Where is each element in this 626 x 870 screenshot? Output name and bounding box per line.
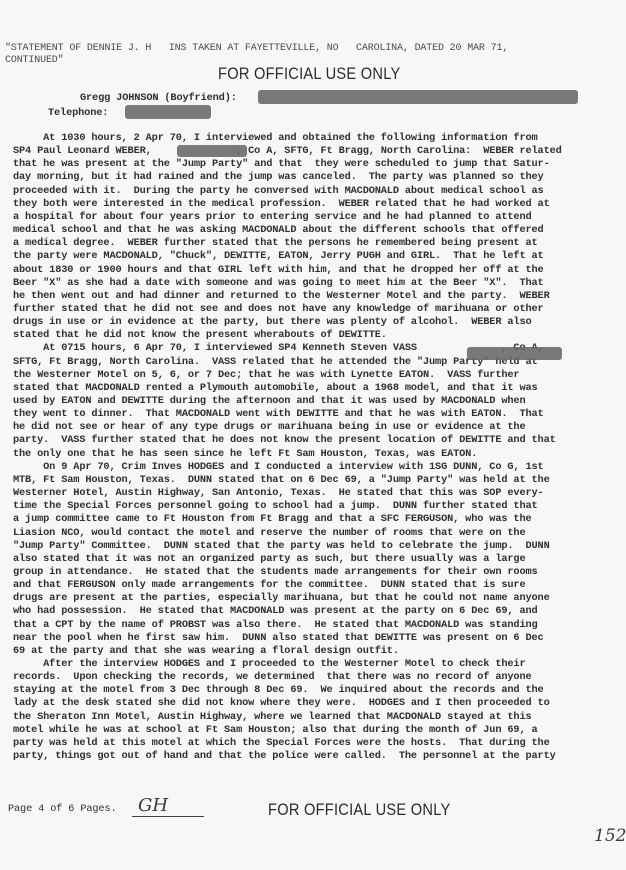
handwritten-page-number: 152 [594,826,626,846]
body-text-line: drugs in use or in evidence at the party… [13,316,532,329]
body-text-line: they went to dinner. That MACDONALD went… [13,408,544,421]
document-page: "STATEMENT OF DENNIE J. H INS TAKEN AT F… [0,0,626,870]
body-text-line: the Sheraton Inn Motel, Austin Highway, … [13,711,532,724]
body-text-line: a hospital for about four years prior to… [13,211,532,224]
body-text-line: party. VASS further stated that he does … [13,434,556,447]
body-text-line: used by EATON and DEWITTE during the aft… [13,395,525,408]
body-text-line: SP4 Paul Leonard WEBER, , Co A, SFTG, Ft… [13,145,562,158]
handwritten-initials: GH [138,795,168,816]
body-text-line: medical school and that he was asking MA… [13,224,544,237]
body-text-line: they both were interested in the medical… [13,198,550,211]
body-text-line: party, things got out of hand and that t… [13,750,556,763]
body-text-line: he then went out and had dinner and retu… [13,290,550,303]
body-text-line: further stated that he did not see and d… [13,303,544,316]
body-text-line: motel while he was at school at Ft Sam H… [13,724,538,737]
body-text-line: Liasion NCO, would contact the motel and… [13,527,525,540]
redaction-vass-ssn [467,347,562,360]
body-text-line: stated that MACDONALD rented a Plymouth … [13,382,538,395]
body-text-line: near the pool when he first saw him. DUN… [13,632,544,645]
body-text-line: who had possession. He stated that MACDO… [13,605,538,618]
classification-stamp-bottom: FOR OFFICIAL USE ONLY [268,800,451,820]
body-text-line: also stated that it was not an organized… [13,553,525,566]
body-text-line: about 1830 or 1900 hours and that GIRL l… [13,264,544,277]
body-text-line: At 0715 hours, 6 Apr 70, I interviewed S… [13,342,544,355]
body-text-line: proceeded with it. During the party he c… [13,185,544,198]
body-text-line: Westerner Hotel, Austin Highway, San Ant… [13,487,544,500]
boyfriend-name-label: Gregg JOHNSON (Boyfriend): [80,92,237,105]
page-count: Page 4 of 6 Pages. [8,803,117,816]
body-text-line: day morning, but it had rained and the j… [13,171,544,184]
body-text-line: a medical degree. WEBER further stated t… [13,237,538,250]
body-text-line: records. Upon checking the records, we d… [13,671,532,684]
body-text-line: MTB, Ft Sam Houston, Texas. DUNN stated … [13,474,550,487]
redaction-address [258,90,578,104]
body-text-line: group in attendance. He stated that the … [13,566,538,579]
body-text-line: staying at the motel from 3 Dec through … [13,684,544,697]
body-text-line: After the interview HODGES and I proceed… [13,658,525,671]
redaction-telephone [125,105,211,119]
body-text-line: At 1030 hours, 2 Apr 70, I interviewed a… [13,132,538,145]
body-text-line: the only one that he has seen since he l… [13,448,477,461]
statement-header-line-2: CONTINUED" [5,54,64,67]
body-text-line: time the Special Forces personnel going … [13,500,538,513]
telephone-label: Telephone: [48,107,108,120]
body-text-line: SFTG, Ft Bragg, North Carolina. VASS rel… [13,356,538,369]
body-text-line: On 9 Apr 70, Crim Inves HODGES and I con… [13,461,544,474]
body-text-line: that a CPT by the name of PROBST was als… [13,619,538,632]
body-text-line: and that FERGUSON only made arrangements… [13,579,525,592]
body-text-line: the party were MACDONALD, "Chuck", DEWIT… [13,250,544,263]
body-text-line: the Westerner Motel on 5, 6, or 7 Dec; t… [13,369,519,382]
statement-header-line-1: "STATEMENT OF DENNIE J. H INS TAKEN AT F… [5,42,508,55]
body-text-line: party was held at this motel at which th… [13,737,550,750]
classification-stamp-top: FOR OFFICIAL USE ONLY [218,64,401,84]
body-text-line: lady at the desk stated she did not know… [13,697,550,710]
body-text-line: 69 at the party and that she was wearing… [13,645,399,658]
body-text-line: he did not see or hear of any type drugs… [13,421,525,434]
body-text-line: Beer "X" as she had a date with someone … [13,277,544,290]
body-text-line: a jump committee came to Ft Houston from… [13,513,532,526]
body-text-line: "Jump Party" Committee. DUNN stated that… [13,540,550,553]
redaction-weber-ssn [177,145,247,157]
signature-line [132,816,204,817]
body-text-line: drugs are present at the parties, especi… [13,592,550,605]
body-text-line: that he was present at the "Jump Party" … [13,158,550,171]
body-text-line: stated that he did not know the present … [13,329,387,342]
